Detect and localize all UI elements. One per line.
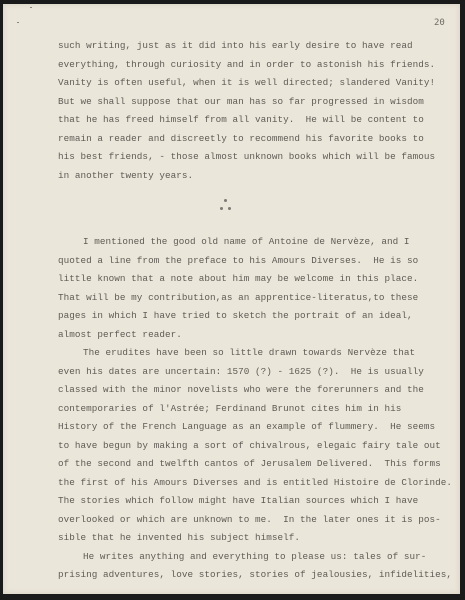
text-line: The stories which follow might have Ital…: [58, 495, 418, 507]
asterism-dot: [228, 207, 231, 210]
text-line: History of the French Language as an exa…: [58, 421, 435, 433]
text-line: his best friends, - those almost unknown…: [58, 151, 435, 163]
document-page: 20 such writing, just as it did into his…: [3, 4, 460, 594]
text-line: almost perfect reader.: [58, 329, 182, 341]
text-line: The erudites have been so little drawn t…: [83, 347, 415, 359]
text-line: of the second and twelfth cantos of Jeru…: [58, 458, 441, 470]
text-line: quoted a line from the preface to his Am…: [58, 255, 418, 267]
text-line: I mentioned the good old name of Antoine…: [83, 236, 409, 248]
text-line: little known that a note about him may b…: [58, 273, 418, 285]
paper-speck: [30, 7, 32, 8]
text-line: in another twenty years.: [58, 170, 193, 182]
text-line: overlooked or which are unknown to me. I…: [58, 514, 441, 526]
text-line: contemporaries of l'Astrée; Ferdinand Br…: [58, 403, 401, 415]
text-line: remain a reader and discreetly to recomm…: [58, 133, 424, 145]
asterism-dot: [220, 207, 223, 210]
text-line: pages in which I have tried to sketch th…: [58, 310, 413, 322]
text-line: prising adventures, love stories, storie…: [58, 569, 452, 581]
text-line: even his dates are uncertain: 1570 (?) -…: [58, 366, 424, 378]
text-line: such writing, just as it did into his ea…: [58, 40, 413, 52]
text-line: that he has freed himself from all vanit…: [58, 114, 424, 126]
text-line: sible that he invented his subject himse…: [58, 532, 300, 544]
asterism-dot: [224, 199, 227, 202]
text-line: Vanity is often useful, when it is well …: [58, 77, 435, 89]
page-number: 20: [434, 18, 445, 28]
paper-speck: [17, 22, 19, 23]
text-line: But we shall suppose that our man has so…: [58, 96, 424, 108]
text-line: the first of his Amours Diverses and is …: [58, 477, 452, 489]
text-line: That will be my contribution,as an appre…: [58, 292, 418, 304]
text-line: He writes anything and everything to ple…: [83, 551, 426, 563]
text-line: classed with the minor novelists who wer…: [58, 384, 424, 396]
text-line: to have begun by making a sort of chival…: [58, 440, 441, 452]
text-line: everything, through curiosity and in ord…: [58, 59, 435, 71]
